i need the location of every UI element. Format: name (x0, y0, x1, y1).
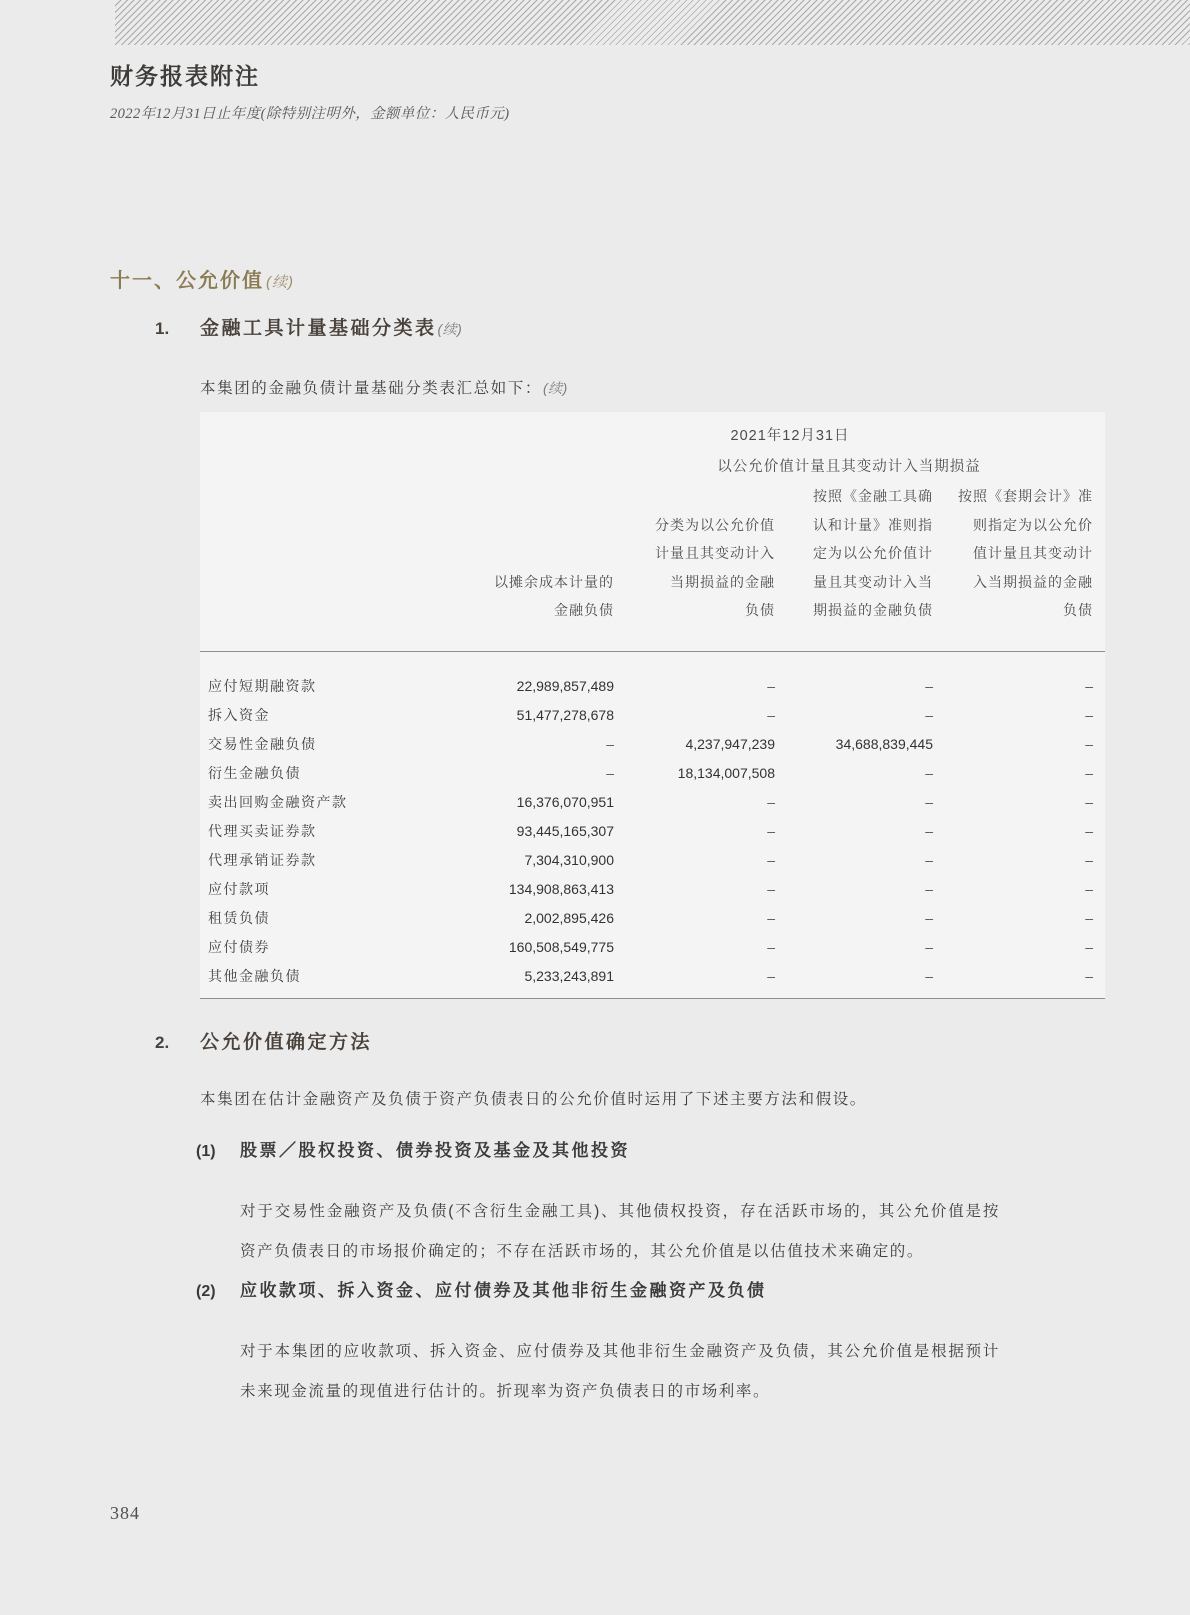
cell-dash: – (775, 758, 933, 787)
cell-dash: – (775, 903, 933, 932)
column-header-designated-fvtpl: 按照《金融工具确 认和计量》准则指 定为以公允价值计 量且其变动计入当 期损益的… (775, 482, 933, 651)
page-subtitle: 2022年12月31日止年度(除特别注明外，金额单位：人民币元) (110, 102, 509, 123)
item-2-body: 对于本集团的应收款项、拆入资金、应付债券及其他非衍生金融资产及负债，其公允价值是… (240, 1332, 1000, 1412)
row-label: 应付短期融资款 (200, 651, 405, 700)
cell-dash: – (775, 845, 933, 874)
financial-liabilities-table: 2021年12月31日 以公允价值计量且其变动计入当期损益 以摊余成本计量的 金… (200, 412, 1105, 999)
cell-dash: – (933, 932, 1105, 961)
table-body: 应付短期融资款22,989,857,489–––拆入资金51,477,278,6… (200, 651, 1105, 998)
cell-dash: – (933, 729, 1105, 758)
cell-amount: 16,376,070,951 (405, 787, 614, 816)
table-row: 应付债券160,508,549,775––– (200, 932, 1105, 961)
cell-dash: – (933, 903, 1105, 932)
table-row: 其他金融负债5,233,243,891––– (200, 961, 1105, 998)
row-label: 交易性金融负债 (200, 729, 405, 758)
table-intro-text: 本集团的金融负债计量基础分类表汇总如下：(续) (200, 376, 568, 401)
column-header-amortized-cost: 以摊余成本计量的 金融负债 (405, 482, 614, 651)
table-fvtpl-group-header: 以公允价值计量且其变动计入当期损益 (614, 453, 1105, 482)
cell-amount: 2,002,895,426 (405, 903, 614, 932)
row-label: 代理买卖证券款 (200, 816, 405, 845)
subsection-1-heading: 1. 金融工具计量基础分类表(续) (155, 313, 462, 340)
row-label: 租赁负债 (200, 903, 405, 932)
cell-amount: 4,237,947,239 (614, 729, 775, 758)
cell-dash: – (614, 845, 775, 874)
table-row: 卖出回购金融资产款16,376,070,951––– (200, 787, 1105, 816)
cell-dash: – (933, 845, 1105, 874)
cell-amount: 134,908,863,413 (405, 874, 614, 903)
cell-dash: – (614, 700, 775, 729)
section-heading-text: 十一、公允价值 (110, 270, 264, 292)
table-date-row: 2021年12月31日 (200, 412, 1105, 453)
subsection-2-number: 2. (155, 1033, 200, 1053)
cell-dash: – (775, 787, 933, 816)
cell-dash: – (933, 700, 1105, 729)
table-row: 代理买卖证券款93,445,165,307––– (200, 816, 1105, 845)
table-group-row: 以公允价值计量且其变动计入当期损益 (200, 453, 1105, 482)
item-1-number: (1) (196, 1143, 240, 1161)
table-date-header: 2021年12月31日 (405, 412, 1105, 453)
cell-dash: – (405, 729, 614, 758)
row-label: 其他金融负债 (200, 961, 405, 998)
table-row: 拆入资金51,477,278,678––– (200, 700, 1105, 729)
subsection-2-title: 公允价值确定方法 (200, 1027, 372, 1054)
cell-dash: – (775, 816, 933, 845)
row-label: 应付款项 (200, 874, 405, 903)
subsection-1-title: 金融工具计量基础分类表(续) (200, 313, 462, 340)
item-2-number: (2) (196, 1283, 240, 1301)
row-label: 卖出回购金融资产款 (200, 787, 405, 816)
cell-dash: – (775, 700, 933, 729)
subsection-2-intro: 本集团在估计金融资产及负债于资产负债表日的公允价值时运用了下述主要方法和假设。 (200, 1088, 867, 1112)
cell-dash: – (933, 874, 1105, 903)
cell-dash: – (775, 874, 933, 903)
cell-dash: – (775, 651, 933, 700)
cell-amount: 22,989,857,489 (405, 651, 614, 700)
cell-amount: 18,134,007,508 (614, 758, 775, 787)
item-1-heading: (1) 股票／股权投资、债券投资及基金及其他投资 (196, 1136, 630, 1161)
item-2-heading: (2) 应收款项、拆入资金、应付债券及其他非衍生金融资产及负债 (196, 1276, 767, 1301)
row-label: 衍生金融负债 (200, 758, 405, 787)
table-row: 衍生金融负债–18,134,007,508–– (200, 758, 1105, 787)
cell-dash: – (933, 787, 1105, 816)
document-page: 财务报表附注 2022年12月31日止年度(除特别注明外，金额单位：人民币元) … (0, 0, 1190, 1615)
row-label: 代理承销证券款 (200, 845, 405, 874)
cell-dash: – (614, 787, 775, 816)
cell-dash: – (933, 961, 1105, 998)
cell-dash: – (775, 961, 933, 998)
table-row: 代理承销证券款7,304,310,900––– (200, 845, 1105, 874)
table-intro-continued: (续) (543, 380, 568, 396)
cell-dash: – (614, 651, 775, 700)
cell-dash: – (933, 816, 1105, 845)
cell-amount: 160,508,549,775 (405, 932, 614, 961)
cell-dash: – (614, 903, 775, 932)
table-row: 交易性金融负债–4,237,947,23934,688,839,445– (200, 729, 1105, 758)
section-heading-continued: (续) (266, 274, 294, 291)
table-column-headers: 以摊余成本计量的 金融负债 分类为以公允价值 计量且其变动计入 当期损益的金融 … (200, 482, 1105, 651)
cell-dash: – (614, 816, 775, 845)
page-number: 384 (110, 1503, 140, 1524)
table-row: 应付款项134,908,863,413––– (200, 874, 1105, 903)
cell-dash: – (775, 932, 933, 961)
section-heading-fair-value: 十一、公允价值(续) (110, 264, 294, 293)
table-row: 应付短期融资款22,989,857,489––– (200, 651, 1105, 700)
row-label: 拆入资金 (200, 700, 405, 729)
hatch-band (115, 0, 1190, 45)
row-label: 应付债券 (200, 932, 405, 961)
cell-amount: 7,304,310,900 (405, 845, 614, 874)
cell-dash: – (933, 758, 1105, 787)
item-1-body: 对于交易性金融资产及负债(不含衍生金融工具)、其他债权投资，存在活跃市场的，其公… (240, 1192, 1000, 1272)
cell-amount: 34,688,839,445 (775, 729, 933, 758)
cell-amount: 93,445,165,307 (405, 816, 614, 845)
column-header-hedge-accounting: 按照《套期会计》准 则指定为以公允价 值计量且其变动计 入当期损益的金融 负债 (933, 482, 1105, 651)
cell-amount: 5,233,243,891 (405, 961, 614, 998)
cell-dash: – (405, 758, 614, 787)
document-header: 财务报表附注 2022年12月31日止年度(除特别注明外，金额单位：人民币元) (110, 58, 509, 123)
subsection-1-number: 1. (155, 319, 200, 339)
item-2-title: 应收款项、拆入资金、应付债券及其他非衍生金融资产及负债 (240, 1276, 767, 1301)
cell-dash: – (933, 651, 1105, 700)
cell-amount: 51,477,278,678 (405, 700, 614, 729)
cell-dash: – (614, 932, 775, 961)
subsection-1-continued: (续) (438, 321, 463, 337)
subsection-2-heading: 2. 公允价值确定方法 (155, 1027, 372, 1054)
cell-dash: – (614, 961, 775, 998)
page-title: 财务报表附注 (110, 58, 509, 91)
cell-dash: – (614, 874, 775, 903)
item-1-title: 股票／股权投资、债券投资及基金及其他投资 (240, 1136, 630, 1161)
column-header-classified-fvtpl: 分类为以公允价值 计量且其变动计入 当期损益的金融 负债 (614, 482, 775, 651)
table-row: 租赁负债2,002,895,426––– (200, 903, 1105, 932)
